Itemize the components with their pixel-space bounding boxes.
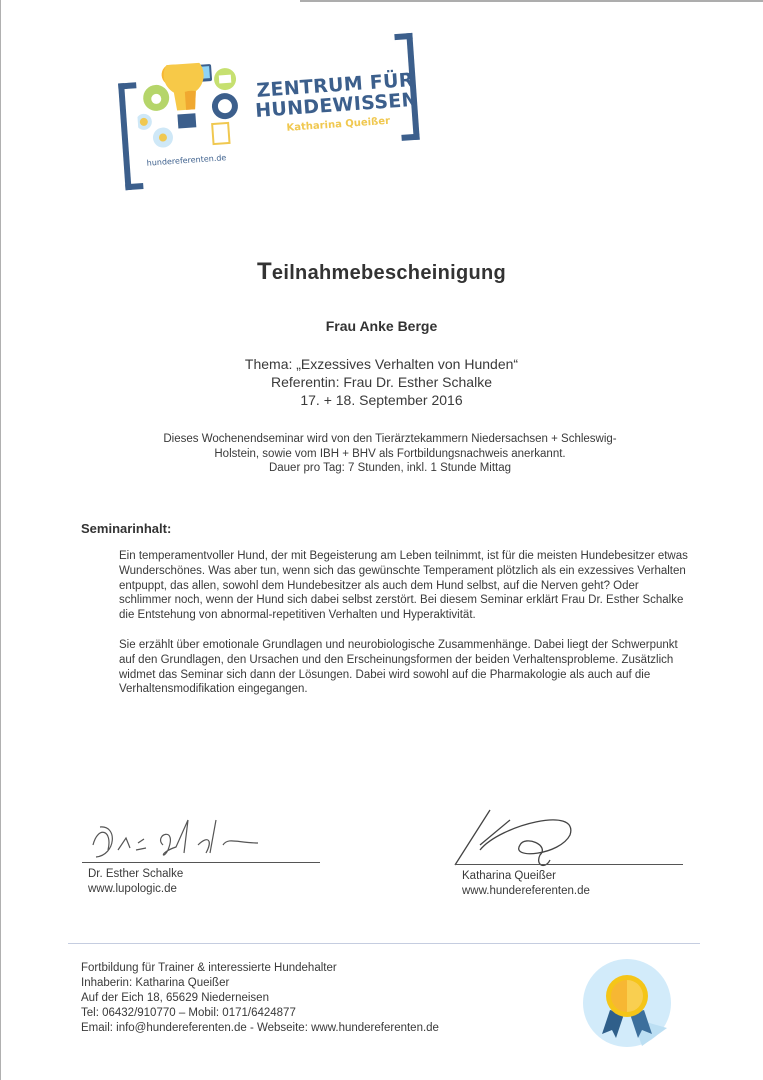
- signatory-url: www.lupologic.de: [88, 883, 177, 895]
- signature-schalke-icon: [88, 805, 288, 865]
- award-ribbon-icon: [582, 958, 672, 1048]
- section-heading: Seminarinhalt:: [81, 521, 171, 536]
- accreditation-notice: Dieses Wochenendseminar wird von den Tie…: [130, 432, 650, 476]
- seminar-meta: Thema: „Exzessives Verhalten von Hunden“…: [0, 355, 763, 409]
- scan-edge-left: [0, 0, 1, 1080]
- seminar-speaker: Referentin: Frau Dr. Esther Schalke: [0, 373, 763, 391]
- signature-line: [455, 864, 683, 865]
- description-paragraph: Sie erzählt über emotionale Grundlagen u…: [119, 638, 694, 697]
- signatory-name: Katharina Queißer: [462, 870, 556, 882]
- logo: ZENTRUM FÜR HUNDEWISSEN Katharina Queiße…: [111, 27, 430, 183]
- signatory-url: www.hundereferenten.de: [462, 885, 590, 897]
- footer-divider: [68, 943, 700, 944]
- seminar-topic: Thema: „Exzessives Verhalten von Hunden“: [0, 355, 763, 373]
- seminar-description: Ein temperamentvoller Hund, der mit Bege…: [119, 549, 694, 712]
- lightbulb-illustration-icon: [134, 60, 250, 162]
- footer-contact: Fortbildung für Trainer & interessierte …: [81, 961, 439, 1036]
- participant-name: Frau Anke Berge: [0, 318, 763, 334]
- description-paragraph: Ein temperamentvoller Hund, der mit Bege…: [119, 549, 694, 623]
- scan-edge-top: [300, 0, 763, 2]
- seminar-date: 17. + 18. September 2016: [0, 391, 763, 409]
- certificate-title: Teilnahmebescheinigung: [0, 258, 763, 286]
- signatory-name: Dr. Esther Schalke: [88, 868, 183, 880]
- signature-line: [82, 862, 320, 863]
- logo-title: ZENTRUM FÜR HUNDEWISSEN: [253, 70, 418, 121]
